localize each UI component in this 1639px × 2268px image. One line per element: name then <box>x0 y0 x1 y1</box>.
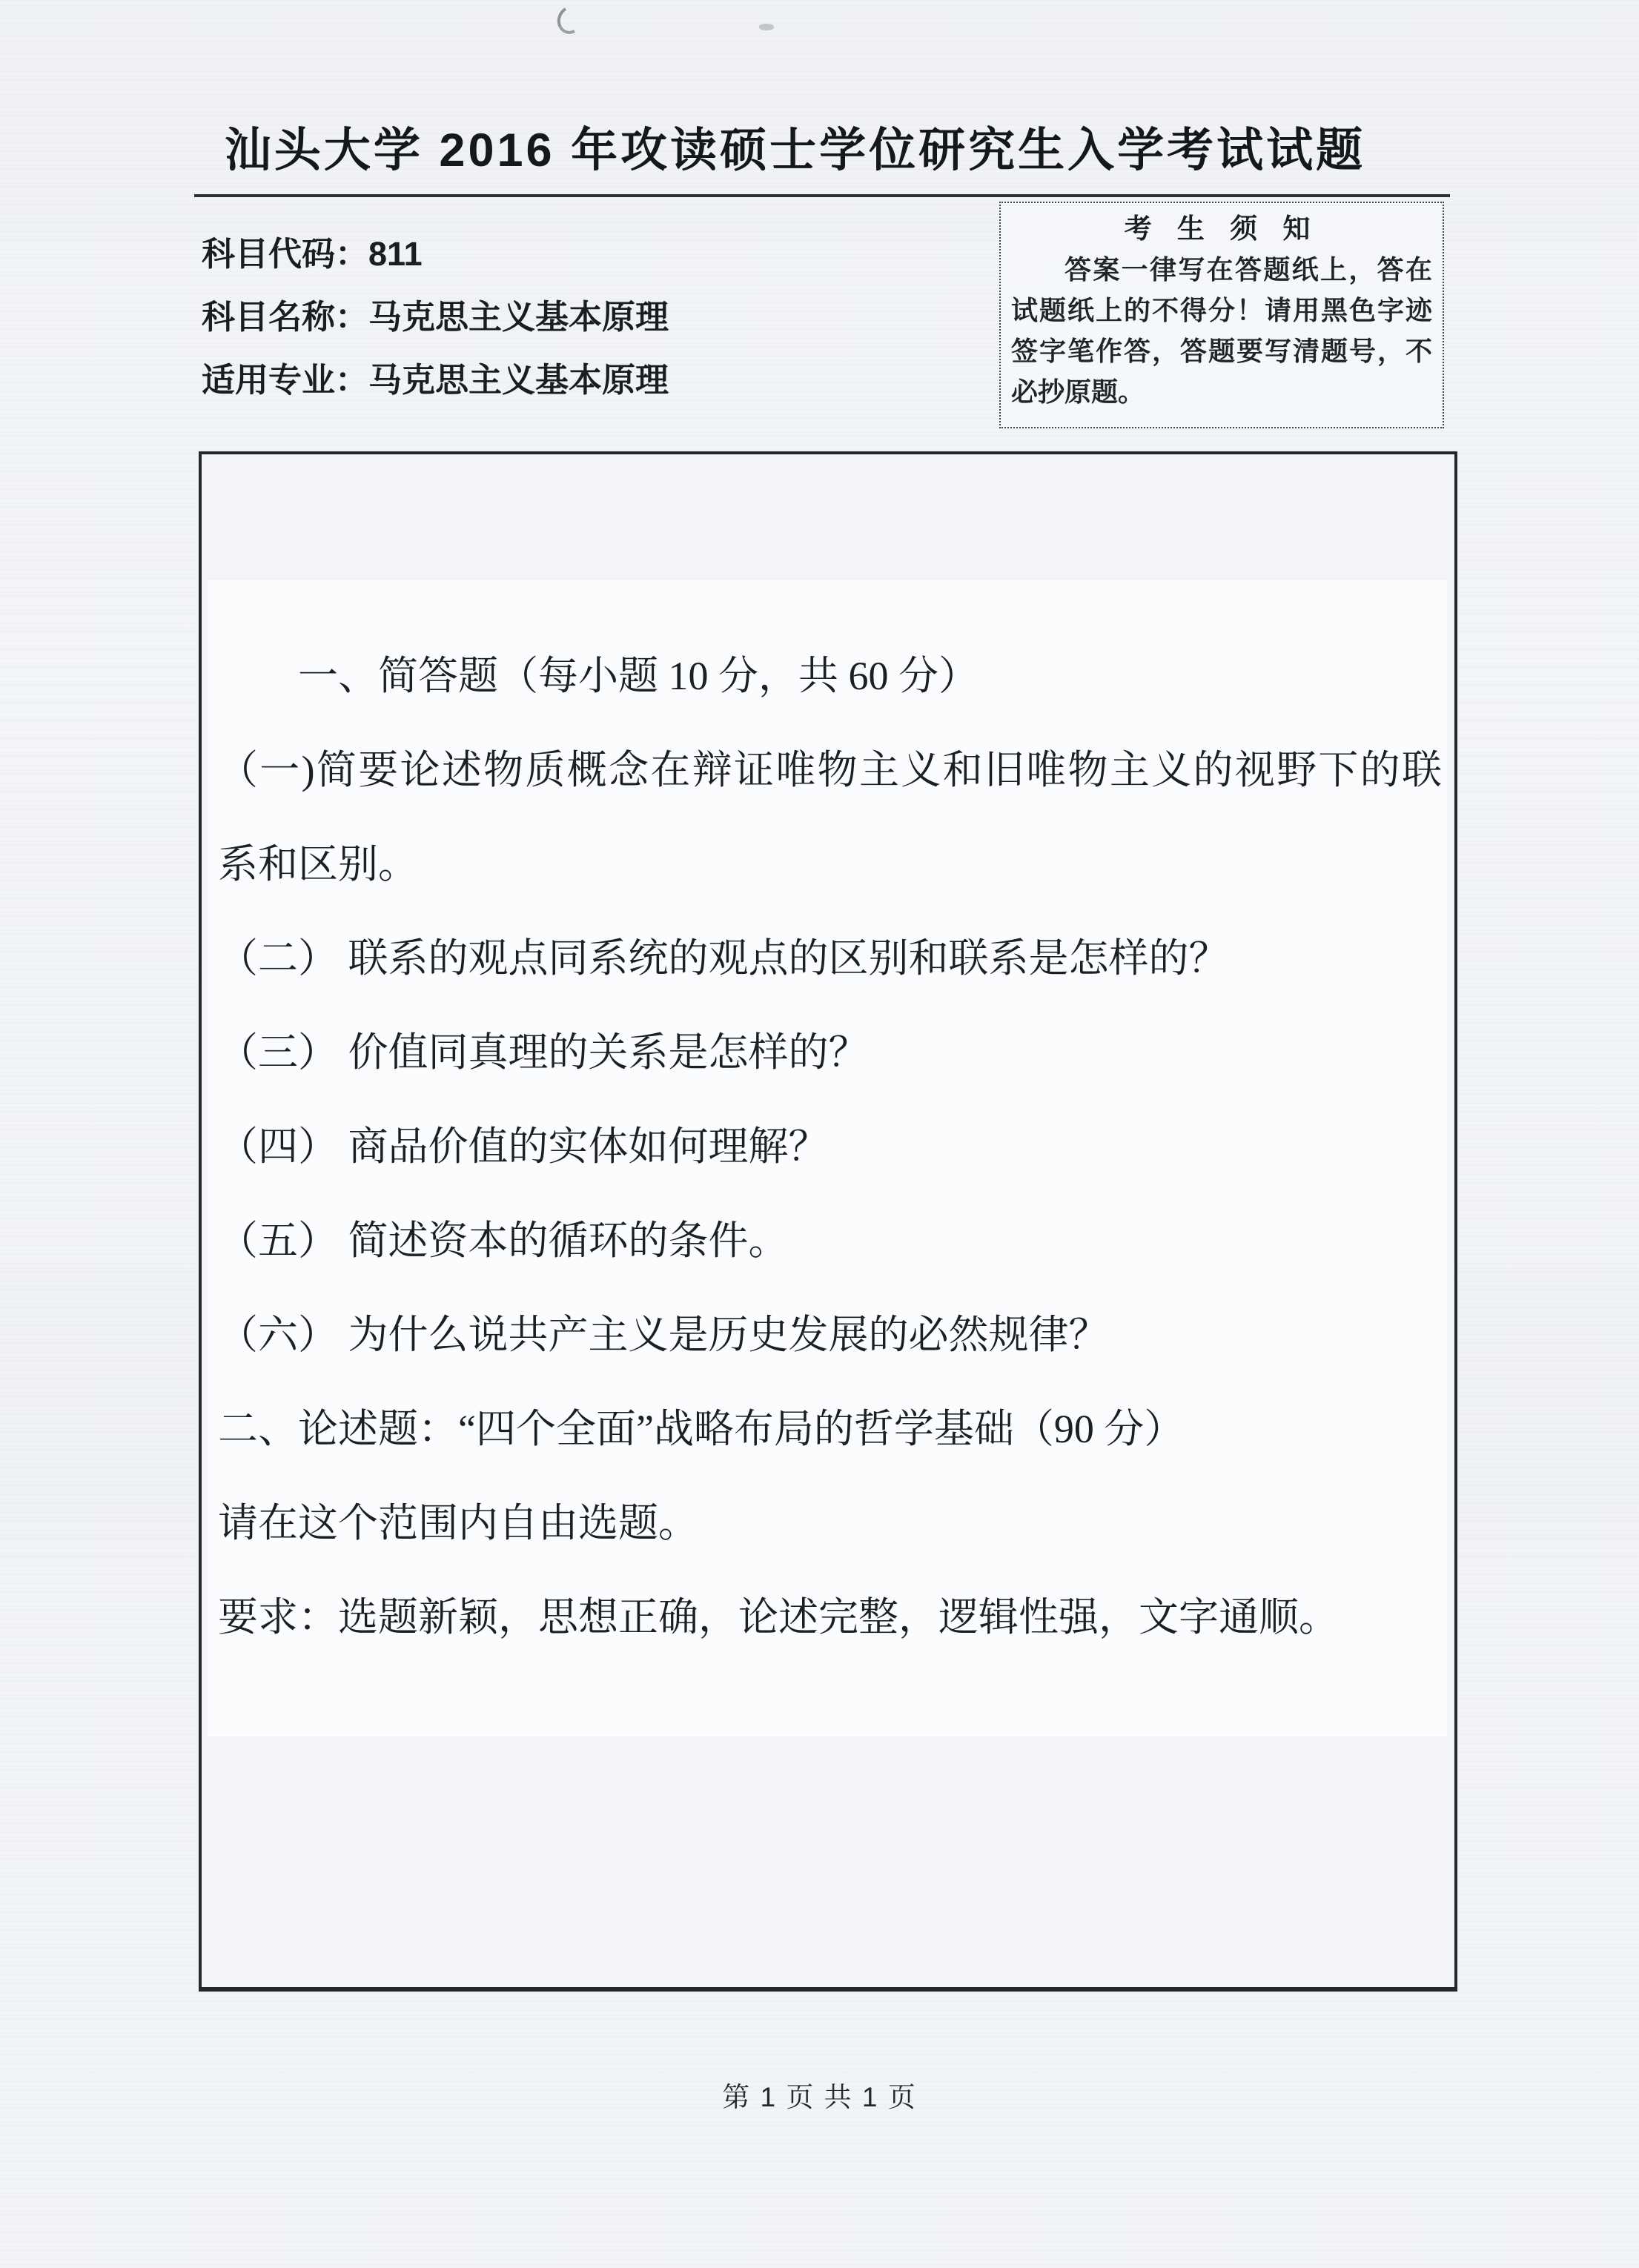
subject-code-value: 811 <box>368 235 423 273</box>
notice-body: 答案一律写在答题纸上，答在试题纸上的不得分！请用黑色字迹签字笔作答，答题要写清题… <box>1011 249 1432 412</box>
question-6: （六） 为什么说共产主义是历史发展的必然规律？ <box>218 1288 1442 1382</box>
candidate-notice-box: 考 生 须 知 答案一律写在答题纸上，答在试题纸上的不得分！请用黑色字迹签字笔作… <box>999 202 1444 428</box>
page-footer: 第 1 页 共 1 页 <box>0 2072 1639 2123</box>
scan-artifact <box>554 3 586 38</box>
section1-heading: 一、简答题（每小题 10 分，共 60 分） <box>218 629 1442 723</box>
subject-name-label: 科目名称： <box>202 298 368 336</box>
subject-name-row: 科目名称：马克思主义基本原理 <box>202 285 669 348</box>
scan-artifact <box>759 24 774 30</box>
applicable-major-value: 马克思主义基本原理 <box>368 361 669 399</box>
notice-title: 考 生 须 知 <box>1011 209 1432 249</box>
section2-note: 请在这个范围内自由选题。 <box>218 1476 1442 1571</box>
exam-paper-page: 汕头大学 2016 年攻读硕士学位研究生入学考试试题 科目代码：811 科目名称… <box>0 0 1639 2268</box>
question-1-line-2: 系和区别。 <box>218 818 1442 912</box>
subject-meta-block: 科目代码：811 科目名称：马克思主义基本原理 适用专业：马克思主义基本原理 <box>202 222 669 411</box>
section2-heading: 二、论述题：“四个全面”战略布局的哲学基础（90 分） <box>218 1382 1442 1476</box>
subject-code-row: 科目代码：811 <box>202 222 669 285</box>
question-4: （四） 商品价值的实体如何理解？ <box>218 1100 1442 1194</box>
subject-code-label: 科目代码： <box>202 235 368 273</box>
applicable-major-label: 适用专业： <box>202 361 368 399</box>
applicable-major-row: 适用专业：马克思主义基本原理 <box>202 348 669 411</box>
title-divider <box>194 194 1450 197</box>
questions-content: 一、简答题（每小题 10 分，共 60 分） （一)简要论述物质概念在辩证唯物主… <box>218 629 1442 1665</box>
question-3: （三） 价值同真理的关系是怎样的？ <box>218 1006 1442 1100</box>
section2-requirements: 要求：选题新颖，思想正确，论述完整，逻辑性强，文字通顺。 <box>218 1571 1442 1665</box>
page-title: 汕头大学 2016 年攻读硕士学位研究生入学考试试题 <box>0 113 1590 180</box>
questions-box: 一、简答题（每小题 10 分，共 60 分） （一)简要论述物质概念在辩证唯物主… <box>199 451 1457 1992</box>
question-5: （五） 简述资本的循环的条件。 <box>218 1194 1442 1288</box>
question-2: （二） 联系的观点同系统的观点的区别和联系是怎样的？ <box>218 912 1442 1006</box>
question-1-line-1: （一)简要论述物质概念在辩证唯物主义和旧唯物主义的视野下的联 <box>218 723 1442 818</box>
subject-name-value: 马克思主义基本原理 <box>368 298 669 336</box>
